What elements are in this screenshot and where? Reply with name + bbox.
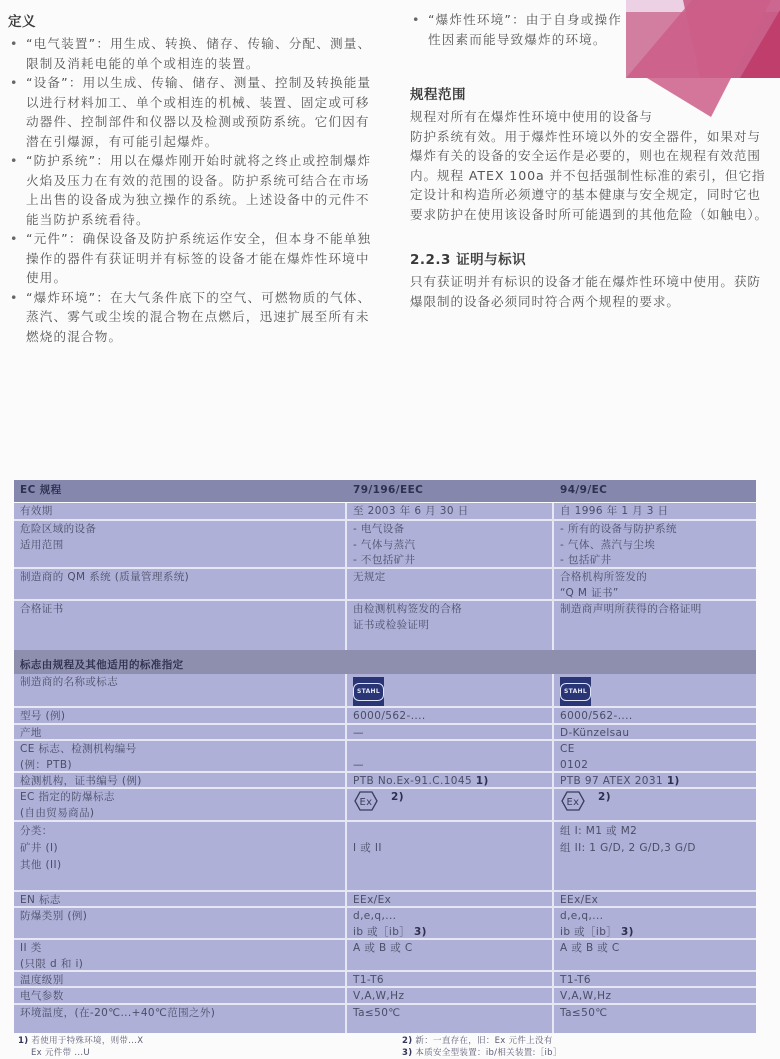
cell-line: 由检测机构签发的合格	[353, 602, 546, 618]
footnote-number: 1)	[18, 1036, 28, 1046]
cell-94-9-ec: d,e,q,...ib 或［ib］ 3)	[554, 908, 756, 938]
ex-hexagon-icon: Ex	[353, 790, 379, 812]
row-label: 环境温度，(在-20℃...+40℃范围之外)	[14, 1005, 347, 1033]
cell-text: PTB No.Ex-91.C.1045	[353, 775, 472, 787]
cell-94-9-ec: 6000/562-....	[554, 708, 756, 723]
cell-94-9-ec: EEx/Ex	[554, 892, 756, 906]
cell-94-9-ec: - 所有的设备与防护系统- 气体、蒸汽与尘埃- 包括矿井	[554, 521, 756, 567]
cell-line: - 电气设备	[353, 522, 546, 538]
cell-94-9-ec: V,A,W,Hz	[554, 988, 756, 1003]
footnote-text: 新：一直存在，旧：Ex 元件上没有	[415, 1036, 552, 1046]
cell-94-9-ec: 自 1996 年 1 月 3 日	[554, 503, 756, 519]
label-line: 危险区域的设备	[20, 522, 339, 538]
footnote-ref: 1)	[667, 775, 680, 787]
definition-item: •“爆炸环境”：在大气条件底下的空气、可燃物质的气体、蒸汽、雾气或尘埃的混合物在…	[8, 288, 380, 347]
label-line: EC 指定的防爆标志	[20, 790, 339, 806]
footnote-ref: 1)	[476, 775, 489, 787]
table-row: 产地 — D-Künzelsau	[14, 725, 756, 739]
cell-line: - 气体、蒸汽与尘埃	[560, 538, 750, 554]
table-row: EC 指定的防爆标志(自由贸易商品) Ex2) Ex2)	[14, 789, 756, 820]
certification-body: 只有获证明并有标识的设备才能在爆炸性环境中使用。获防爆限制的设备必须同时符合两个…	[410, 272, 770, 311]
cell-79-196-eec: Ta≤50℃	[347, 1005, 554, 1033]
cell-79-196-eec: d,e,q,...ib 或［ib］ 3)	[347, 908, 554, 938]
footnote-ref: 2)	[391, 791, 404, 803]
cell-94-9-ec: 组 I: M1 或 M2组 II: 1 G/D, 2 G/D,3 G/D	[554, 822, 756, 890]
stahl-logo: STAHL	[353, 677, 384, 707]
row-label: 危险区域的设备适用范围	[14, 521, 347, 567]
footnote-text: 本质安全型装置：ib/相关装置:［ib］	[415, 1048, 561, 1058]
table-row: 环境温度，(在-20℃...+40℃范围之外) Ta≤50℃ Ta≤50℃	[14, 1005, 756, 1033]
footnote-ref: 3)	[414, 926, 427, 938]
footnote-ref: 2)	[598, 791, 611, 803]
stahl-logo: STAHL	[560, 677, 591, 707]
ce-mark-icon: CE	[560, 742, 750, 758]
cell-94-9-ec: 合格机构所签发的“Q M 证书”	[554, 569, 756, 599]
logo-text: STAHL	[560, 683, 591, 701]
cell-79-196-eec: I 或 II	[347, 822, 554, 890]
definitions-list: •“电气装置”：用生成、转换、储存、传输、分配、测量、限制及消耗电能的单个或相连…	[8, 34, 380, 346]
cell-94-9-ec: T1-T6	[554, 972, 756, 986]
definition-item: •“爆炸性环境”：由于自身或操作性因素而能导致爆炸的环境。	[410, 10, 625, 49]
cell-94-9-ec: CE0102	[554, 741, 756, 771]
definition-item: •“电气装置”：用生成、转换、储存、传输、分配、测量、限制及消耗电能的单个或相连…	[8, 34, 380, 73]
header-cell: 79/196/EEC	[347, 480, 554, 502]
svg-text:Ex: Ex	[566, 797, 579, 808]
cell-79-196-eec: STAHL	[347, 674, 554, 706]
cell-text: PTB 97 ATEX 2031	[560, 775, 663, 787]
row-label: 合格证书	[14, 601, 347, 650]
bullet-icon: •	[10, 73, 19, 93]
section-title: 标志由规程及其他适用的标准指定	[14, 650, 756, 674]
scope-heading: 规程范围	[410, 83, 770, 103]
cell-text: ib 或［ib］	[353, 926, 410, 938]
row-label: EC 指定的防爆标志(自由贸易商品)	[14, 789, 347, 820]
footnote-1: 1) 若使用于特殊环境，则带...X Ex 元件带 ...U	[18, 1035, 143, 1059]
cell-line: - 所有的设备与防护系统	[560, 522, 750, 538]
table-row: 分类：矿井 (I)其他 (II) I 或 II 组 I: M1 或 M2组 II…	[14, 822, 756, 890]
bullet-icon: •	[10, 229, 19, 249]
footnote-ref: 3)	[621, 926, 634, 938]
label-line: 矿井 (I)	[20, 840, 339, 857]
label-line: 其他 (II)	[20, 857, 339, 874]
cell-line: I 或 II	[353, 840, 546, 857]
cell-79-196-eec: —	[347, 725, 554, 739]
footnote-text: 若使用于特殊环境，则带...X	[31, 1036, 143, 1046]
cell-79-196-eec: 无规定	[347, 569, 554, 599]
row-label: 制造商的 QM 系统 (质量管理系统)	[14, 569, 347, 599]
table-row: 有效期 至 2003 年 6 月 30 日 自 1996 年 1 月 3 日	[14, 503, 756, 519]
cell-line: 组 I: M1 或 M2	[560, 823, 750, 840]
cell-line: 组 II: 1 G/D, 2 G/D,3 G/D	[560, 840, 750, 857]
header-cell: 94/9/EC	[554, 480, 756, 502]
footnote-text: Ex 元件带 ...U	[18, 1047, 143, 1059]
row-label: 温度级别	[14, 972, 347, 986]
definition-item: •“防护系统”：用以在爆炸刚开始时就将之终止或控制爆炸火焰及压力在有效的范围的设…	[8, 151, 380, 229]
cell-79-196-eec: 至 2003 年 6 月 30 日	[347, 503, 554, 519]
label-line: 适用范围	[20, 538, 339, 554]
row-label: 分类：矿井 (I)其他 (II)	[14, 822, 347, 890]
cell-79-196-eec: T1-T6	[347, 972, 554, 986]
label-line: CE 标志、检测机构编号	[20, 742, 339, 758]
row-label: 有效期	[14, 503, 347, 519]
bullet-icon: •	[10, 151, 19, 171]
header-cell: EC 规程	[14, 480, 347, 502]
cell-79-196-eec: PTB No.Ex-91.C.1045 1)	[347, 773, 554, 787]
table-row: EN 标志 EEx/Ex EEx/Ex	[14, 892, 756, 906]
cell-79-196-eec: 6000/562-....	[347, 708, 554, 723]
footnote-number: 3)	[402, 1048, 412, 1058]
footnote-number: 2)	[402, 1036, 412, 1046]
table-row: 防爆类别 (例) d,e,q,...ib 或［ib］ 3) d,e,q,...i…	[14, 908, 756, 938]
right-column: •“爆炸性环境”：由于自身或操作性因素而能导致爆炸的环境。 规程范围 规程对所有…	[410, 10, 770, 311]
table-header-row: EC 规程 79/196/EEC 94/9/EC	[14, 480, 756, 502]
table-row: 电气参数 V,A,W,Hz V,A,W,Hz	[14, 988, 756, 1003]
definitions-section: 定义 •“电气装置”：用生成、转换、储存、传输、分配、测量、限制及消耗电能的单个…	[8, 10, 380, 346]
cell-79-196-eec: 由检测机构签发的合格证书或检验证明	[347, 601, 554, 650]
cell-94-9-ec: 制造商声明所获得的合格证明	[554, 601, 756, 650]
cell-94-9-ec: A 或 B 或 C	[554, 940, 756, 970]
row-label: 电气参数	[14, 988, 347, 1003]
label-line: (自由贸易商品)	[20, 806, 339, 822]
ex-hexagon-icon: Ex	[560, 790, 586, 812]
bullet-icon: •	[10, 288, 19, 308]
bullet-icon: •	[10, 34, 19, 54]
definition-item: •“元件”：确保设备及防护系统运作安全，但本身不能单独操作的器件有获证明并有标签…	[8, 229, 380, 288]
row-label: CE 标志、检测机构编号(例：PTB)	[14, 741, 347, 771]
table-row: 危险区域的设备适用范围 - 电气设备- 气体与蒸汽- 不包括矿井 - 所有的设备…	[14, 521, 756, 567]
label-line: 分类：	[20, 823, 339, 840]
row-label: 防爆类别 (例)	[14, 908, 347, 938]
table-row: 制造商的 QM 系统 (质量管理系统) 无规定 合格机构所签发的“Q M 证书”	[14, 569, 756, 599]
row-label: 制造商的名称或标志	[14, 674, 347, 706]
certification-heading: 2.2.3 证明与标识	[410, 248, 770, 268]
table-row: CE 标志、检测机构编号(例：PTB) — CE0102	[14, 741, 756, 771]
table-row: 型号 (例) 6000/562-.... 6000/562-....	[14, 708, 756, 723]
cell-94-9-ec: D-Künzelsau	[554, 725, 756, 739]
table-row: 合格证书 由检测机构签发的合格证书或检验证明 制造商声明所获得的合格证明	[14, 601, 756, 650]
cell-text: ib 或［ib］	[560, 926, 617, 938]
cell-line: d,e,q,...	[353, 909, 546, 925]
section-header-row: 标志由规程及其他适用的标准指定	[14, 650, 756, 674]
table-row: II 类(只限 d 和 i) A 或 B 或 C A 或 B 或 C	[14, 940, 756, 970]
cell-94-9-ec: STAHL	[554, 674, 756, 706]
cell-79-196-eec: A 或 B 或 C	[347, 940, 554, 970]
cell-line: 合格机构所签发的	[560, 570, 750, 586]
row-label: II 类(只限 d 和 i)	[14, 940, 347, 970]
definition-item: •“设备”：用以生成、传输、储存、测量、控制及转换能量以进行材料加工、单个或相连…	[8, 73, 380, 151]
table-row: 检测机构，证书编号 (例) PTB No.Ex-91.C.1045 1) PTB…	[14, 773, 756, 787]
cell-94-9-ec: Ta≤50℃	[554, 1005, 756, 1033]
row-label: 型号 (例)	[14, 708, 347, 723]
svg-text:Ex: Ex	[359, 797, 372, 808]
row-label: EN 标志	[14, 892, 347, 906]
definitions-list-continued: •“爆炸性环境”：由于自身或操作性因素而能导致爆炸的环境。	[410, 10, 625, 49]
footnote-2-3: 2) 新：一直存在，旧：Ex 元件上没有 3) 本质安全型装置：ib/相关装置:…	[402, 1035, 562, 1059]
cell-79-196-eec: EEx/Ex	[347, 892, 554, 906]
table-row: 制造商的名称或标志 STAHL STAHL	[14, 674, 756, 706]
label-line: II 类	[20, 941, 339, 957]
cell-94-9-ec: Ex2)	[554, 789, 756, 820]
table-row: 温度级别 T1-T6 T1-T6	[14, 972, 756, 986]
bullet-icon: •	[412, 10, 421, 30]
row-label: 检测机构，证书编号 (例)	[14, 773, 347, 787]
row-label: 产地	[14, 725, 347, 739]
cell-line: - 气体与蒸汽	[353, 538, 546, 554]
scope-line1: 规程对所有在爆炸性环境中使用的设备与	[410, 107, 770, 127]
cell-79-196-eec: V,A,W,Hz	[347, 988, 554, 1003]
cell-94-9-ec: PTB 97 ATEX 2031 1)	[554, 773, 756, 787]
cell-79-196-eec: - 电气设备- 气体与蒸汽- 不包括矿井	[347, 521, 554, 567]
cell-79-196-eec: —	[347, 741, 554, 771]
cell-line: d,e,q,...	[560, 909, 750, 925]
definitions-heading: 定义	[8, 10, 380, 30]
scope-body: 防护系统有效。用于爆炸性环境以外的安全器件，如果对与爆炸有关的设备的安全运作是必…	[410, 127, 770, 225]
cell-79-196-eec: Ex2)	[347, 789, 554, 820]
cell-line: 证书或检验证明	[353, 618, 546, 634]
logo-text: STAHL	[353, 683, 384, 701]
